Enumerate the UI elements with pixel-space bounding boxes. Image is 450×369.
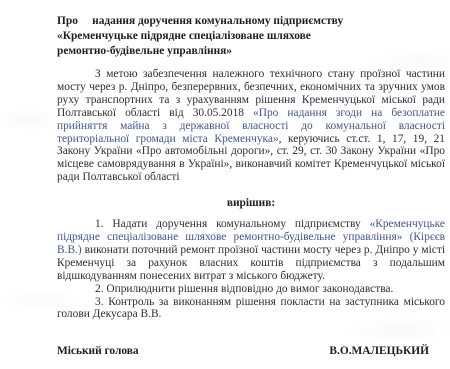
decision-items: 1. Надати доручення комунальному підприє… [57, 218, 445, 321]
decision-item-3: 3. Контроль за виконанням рішення поклас… [57, 296, 445, 322]
signature-position: Міський голова [57, 345, 139, 358]
intro-paragraph: З метою забезпечення належного технічног… [57, 68, 445, 184]
signature-name: В.О.МАЛЕЦЬКИЙ [329, 345, 429, 358]
document-page: Про надання доручення комунальному підпр… [0, 0, 450, 369]
decision-item-2: 2. Оприлюднити рішення відповідно до вим… [57, 283, 445, 296]
document-content: Про надання доручення комунальному підпр… [57, 14, 445, 358]
document-title: Про надання доручення комунальному підпр… [57, 14, 359, 59]
signature-row: Міський голова В.О.МАЛЕЦЬКИЙ [57, 345, 445, 358]
decision-item-1: 1. Надати доручення комунальному підприє… [57, 218, 445, 283]
item1-text-after: виконати поточний ремонт проїзної частин… [57, 244, 445, 282]
item1-text-before: 1. Надати доручення комунальному підприє… [95, 218, 370, 230]
resolution-word: вирішив: [57, 197, 445, 210]
